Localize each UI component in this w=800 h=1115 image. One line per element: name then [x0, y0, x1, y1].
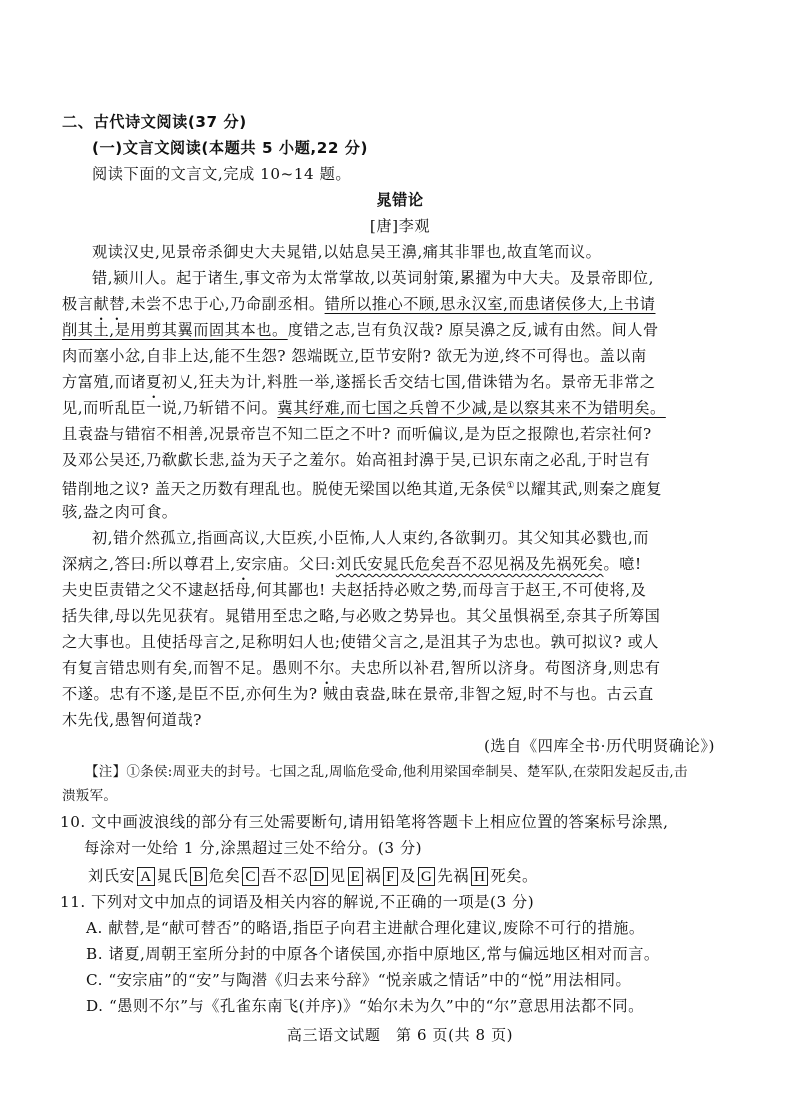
answer-box-d[interactable]: D [310, 867, 328, 886]
text-span: 深病之,答曰:所以尊君上, [62, 555, 236, 573]
answer-box-h[interactable]: H [471, 867, 489, 886]
answer-box-b[interactable]: B [190, 867, 207, 886]
segment-text: 吾不忍 [261, 867, 308, 885]
question-10-stem: 10. 文中画波浪线的部分有三处需要断句,请用铅笔将答题卡上相应位置的答案标号涂… [60, 812, 669, 832]
passage-line: 且袁盎与错宿不相善,况景帝岂不知二臣之不叶? 而听偏议,是为臣之报隙也,若宗社何… [62, 424, 652, 444]
text-span: 宗庙。父曰: [252, 555, 336, 573]
segment-text: 晁氏 [157, 867, 188, 885]
text-span: 错削地之议? 盖天之历数有理乱也。脱使无梁国以绝其道,无条侯 [62, 480, 506, 498]
passage-line: 夫史臣责错之父不逮赵括母,何其鄙也! 夫赵括持必败之势,而母言于赵王,不可使将,… [62, 580, 646, 600]
passage-line: 错削地之议? 盖天之历数有理乱也。脱使无梁国以绝其道,无条侯①以耀其武,则秦之鹿… [62, 476, 662, 499]
segment-text: 刘氏安 [88, 867, 135, 885]
emphasis-dot-word: 尔 [319, 659, 335, 677]
question-10-stem-cont: 每涂对一处给 1 分,涂黑超过三处不给分。(3 分) [84, 838, 422, 858]
segment-text: 危矣 [209, 867, 240, 885]
underlined-sentence: 错所以推心不顾,思永汉室,而患诸侯侈大,上书请 [325, 295, 656, 313]
segment-text: 死矣。 [490, 867, 537, 885]
passage-line: 削其土,是用剪其翼而固其本也。度错之志,岂有负汉哉? 原吴濞之反,诚有由然。间人… [62, 320, 659, 340]
passage-line: 方富殖,而诸夏初乂,狂夫为计,料胜一举,遂摇长舌交结七国,借诛错为名。景帝无非常… [62, 372, 655, 392]
passage-line: 之大事也。且使括母言之,足称明妇人也;使错父言之,是沮其子为忠也。孰可拟议? 或… [62, 632, 659, 652]
question-10-segments: 刘氏安A晁氏B危矣C吾不忍D见E祸F及G先祸H死矣。 [88, 866, 538, 886]
passage-line: 错,颍川人。起于诸生,事文帝为太常掌故,以英词射策,累擢为中大夫。及景帝即位, [92, 268, 654, 288]
section-title: 二、古代诗文阅读(37 分) [62, 112, 247, 132]
passage-line: 骇,盎之肉可食。 [62, 502, 178, 522]
answer-box-a[interactable]: A [137, 867, 155, 886]
wavy-underlined-sentence: 刘氏安晁氏危矣吾不忍见祸及先祸死矣 [336, 555, 604, 573]
passage-author: [唐]李观 [0, 216, 800, 236]
passage-line: 初,错介然孤立,指画高议,大臣疾,小臣怖,人人束约,各欲剚刃。其父知其必戮也,而 [92, 528, 649, 548]
passage-line: 有复言错忠则有矣,而智不足。愚则不尔。夫忠所以补君,智所以济身。苟图济身,则忠有 [62, 658, 660, 678]
passage-line: 木先伐,愚智何道哉? [62, 710, 202, 730]
underlined-sentence: 冀其纾难,而七国之兵曾不少减,是以察其来不为错明矣。 [277, 399, 665, 417]
passage-source: (选自《四库全书·历代明贤确论》) [484, 736, 715, 756]
footnote-text-cont: 溃叛军。 [62, 786, 117, 806]
segment-text: 见 [330, 867, 346, 885]
emphasis-dot-word: 安 [236, 555, 252, 573]
emphasis-dot-word: 替 [109, 295, 125, 313]
text-span: 。夫忠所以补君,智所以济身。苟图济身,则忠有 [335, 659, 661, 677]
question-11-option-d[interactable]: D. “愚则不尔”与《孔雀东南飞(并序)》“始尔未为久”中的“尔”意思用法都不同… [86, 996, 644, 1016]
passage-line: 见,而听乱臣一说,乃斩错不问。冀其纾难,而七国之兵曾不少减,是以察其来不为错明矣… [62, 398, 666, 418]
footnote-text: 【注】①条侯:周亚夫的封号。七国之乱,周临危受命,他利用梁国牵制吴、楚军队,在荥… [85, 762, 688, 782]
question-11-option-a[interactable]: A. 献替,是“献可替否”的略语,指臣子向君主进献合理化建议,废除不可行的措施。 [86, 918, 645, 938]
text-span: ,未尝不忠于心,乃命副丞相。 [125, 295, 325, 313]
answer-box-f[interactable]: F [383, 867, 398, 886]
text-span: 极言 [62, 295, 93, 313]
passage-title: 晁错论 [0, 190, 800, 210]
instruction-text: 阅读下面的文言文,完成 10~14 题。 [92, 164, 351, 184]
passage-line: 肉而塞小忿,自非上达,能不生怨? 怨端既立,臣节安附? 欲无为逆,终不可得也。盖… [62, 346, 647, 366]
question-11-option-c[interactable]: C. “安宗庙”的“安”与陶潜《归去来兮辞》“悦亲戚之情话”中的“悦”用法相同。 [86, 970, 631, 990]
answer-box-g[interactable]: G [418, 867, 436, 886]
text-span: 。噫! [603, 555, 641, 573]
text-span: 度错之志,岂有负汉哉? 原吴濞之反,诚有由然。间人骨 [288, 321, 659, 339]
answer-box-c[interactable]: C [242, 867, 259, 886]
underlined-sentence: 削其土,是用剪其翼而固其本也。 [62, 321, 288, 339]
question-11-stem: 11. 下列对文中加点的词语及相关内容的解说,不正确的一项是(3 分) [60, 892, 534, 912]
emphasis-dot-word: 夏 [146, 373, 162, 391]
page-footer: 高三语文试题 第 6 页(共 8 页) [0, 1025, 800, 1045]
answer-box-e[interactable]: E [348, 867, 364, 886]
emphasis-dot-word: 献 [93, 295, 109, 313]
text-span: 见,而听乱臣一说,乃斩错不问。 [62, 399, 277, 417]
segment-text: 祸 [365, 867, 381, 885]
passage-line: 及邓公吴还,乃欷歔长悲,益为天子之羞尔。始高祖封濞于吴,已识东南之必乱,于时岂有 [62, 450, 650, 470]
text-span: 方富殖,而诸 [62, 373, 146, 391]
passage-line: 括失律,母以先见获宥。晁错用至忠之略,与必败之势异也。其父虽惧祸至,奈其子所筹国 [62, 606, 660, 626]
passage-line: 不遂。忠有不遂,是臣不臣,亦何生为? 贼由袁盎,昧在景帝,非智之短,时不与也。古… [62, 684, 654, 704]
passage-line: 深病之,答曰:所以尊君上,安宗庙。父曰:刘氏安晁氏危矣吾不忍见祸及先祸死矣。噫! [62, 554, 642, 574]
question-11-option-b[interactable]: B. 诸夏,周朝王室所分封的中原各个诸侯国,亦指中原地区,常与偏远地区相对而言。 [86, 944, 660, 964]
passage-line: 观读汉史,见景帝杀御史大夫晁错,以姑息吴王濞,痛其非罪也,故直笔而议。 [92, 242, 601, 262]
text-span: 初乂,狂夫为计,料胜一举,遂摇长舌交结七国,借诛错为名。景帝无非常之 [162, 373, 656, 391]
segment-text: 先祸 [437, 867, 468, 885]
text-span: 有复言错忠则有矣,而智不足。愚则不 [62, 659, 319, 677]
text-span: 以耀其武,则秦之鹿复 [515, 480, 662, 498]
passage-line: 极言献替,未尝不忠于心,乃命副丞相。错所以推心不顾,思永汉室,而患诸侯侈大,上书… [62, 294, 655, 314]
footnote-marker: ① [506, 481, 515, 491]
segment-text: 及 [400, 867, 416, 885]
subsection-title: (一)文言文阅读(本题共 5 小题,22 分) [92, 138, 368, 158]
